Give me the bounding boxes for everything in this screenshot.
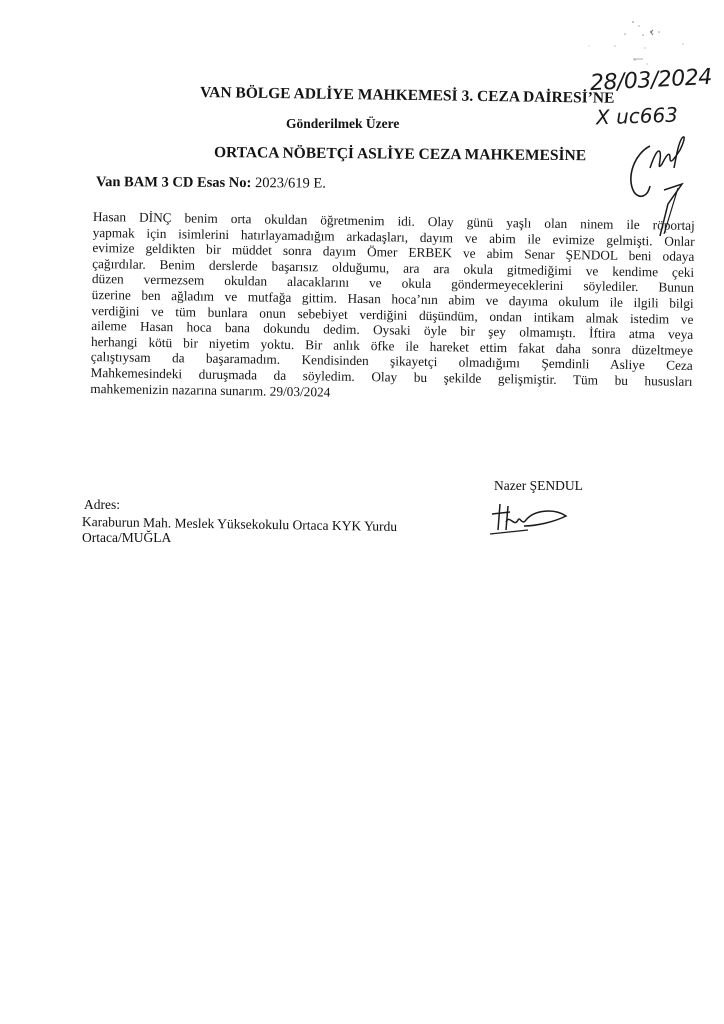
signer-name: Nazer ŞENDUL <box>494 478 583 494</box>
address-line-2: Ortaca/MUĞLA <box>82 530 171 546</box>
case-number: Van BAM 3 CD Esas No: 2023/619 E. <box>96 174 326 193</box>
case-number-value: 2023/619 E. <box>255 175 326 191</box>
handwritten-registry-number: X uc663 <box>596 103 679 130</box>
signature-icon <box>488 500 570 538</box>
court-header-recipient: ORTACA NÖBETÇİ ASLİYE CEZA MAHKEMESİNE <box>214 144 586 165</box>
court-header-title: VAN BÖLGE ADLİYE MAHKEMESİ 3. CEZA DAİRE… <box>200 84 615 108</box>
document-page: VAN BÖLGE ADLİYE MAHKEMESİ 3. CEZA DAİRE… <box>0 0 724 1024</box>
scan-speckles <box>555 8 695 68</box>
handwritten-date: 28/03/2024 <box>589 65 712 96</box>
case-number-label: Van BAM 3 CD Esas No: <box>96 174 251 191</box>
statement-body: Hasan DİNÇ benim orta okuldan öğretmenim… <box>90 209 695 405</box>
address-label: Adres: <box>84 497 120 513</box>
court-header-subtitle: Gönderilmek Üzere <box>286 116 399 132</box>
